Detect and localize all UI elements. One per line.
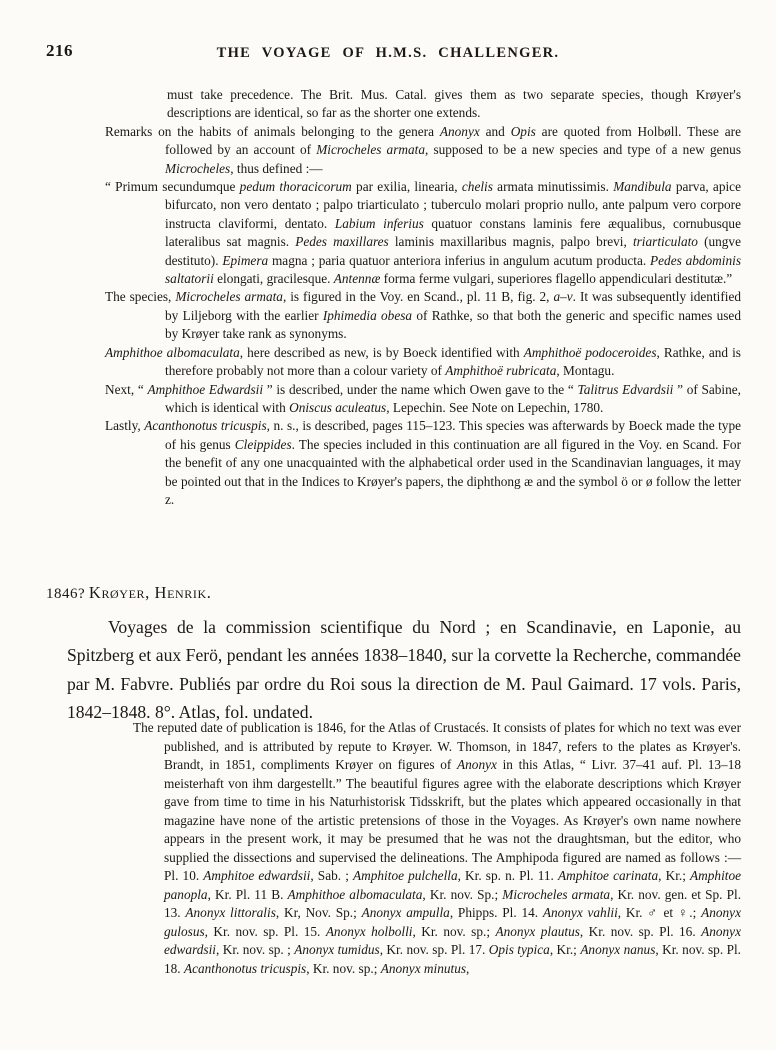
note-paragraph: The species, Microcheles armata, is figu… xyxy=(105,288,741,343)
note-paragraph: Amphithoe albomaculata, here described a… xyxy=(105,344,741,381)
running-title: THE VOYAGE OF H.M.S. CHALLENGER. xyxy=(60,45,716,62)
note-paragraph: must take precedence. The Brit. Mus. Cat… xyxy=(105,86,741,123)
carryover-notes-block: must take precedence. The Brit. Mus. Cat… xyxy=(105,86,741,509)
note-paragraph: Lastly, Acanthonotus tricuspis, n. s., i… xyxy=(105,417,741,509)
entry-author: Krøyer, Henrik. xyxy=(89,583,212,602)
entry-title: Voyages de la commission scientifique du… xyxy=(67,613,741,727)
note-paragraph: Next, “ Amphithoe Edwardsii ” is describ… xyxy=(105,381,741,418)
note-paragraph: Remarks on the habits of animals belongi… xyxy=(105,123,741,178)
scanned-book-page: 216 THE VOYAGE OF H.M.S. CHALLENGER. mus… xyxy=(0,0,776,1050)
entry-note: The reputed date of publication is 1846,… xyxy=(105,719,741,978)
note-paragraph-latin-diagnosis: “ Primum secundumque pedum thoracicorum … xyxy=(105,178,741,288)
bibliography-entry-heading: 1846? Krøyer, Henrik. xyxy=(46,583,211,603)
entry-year: 1846? xyxy=(46,586,85,602)
